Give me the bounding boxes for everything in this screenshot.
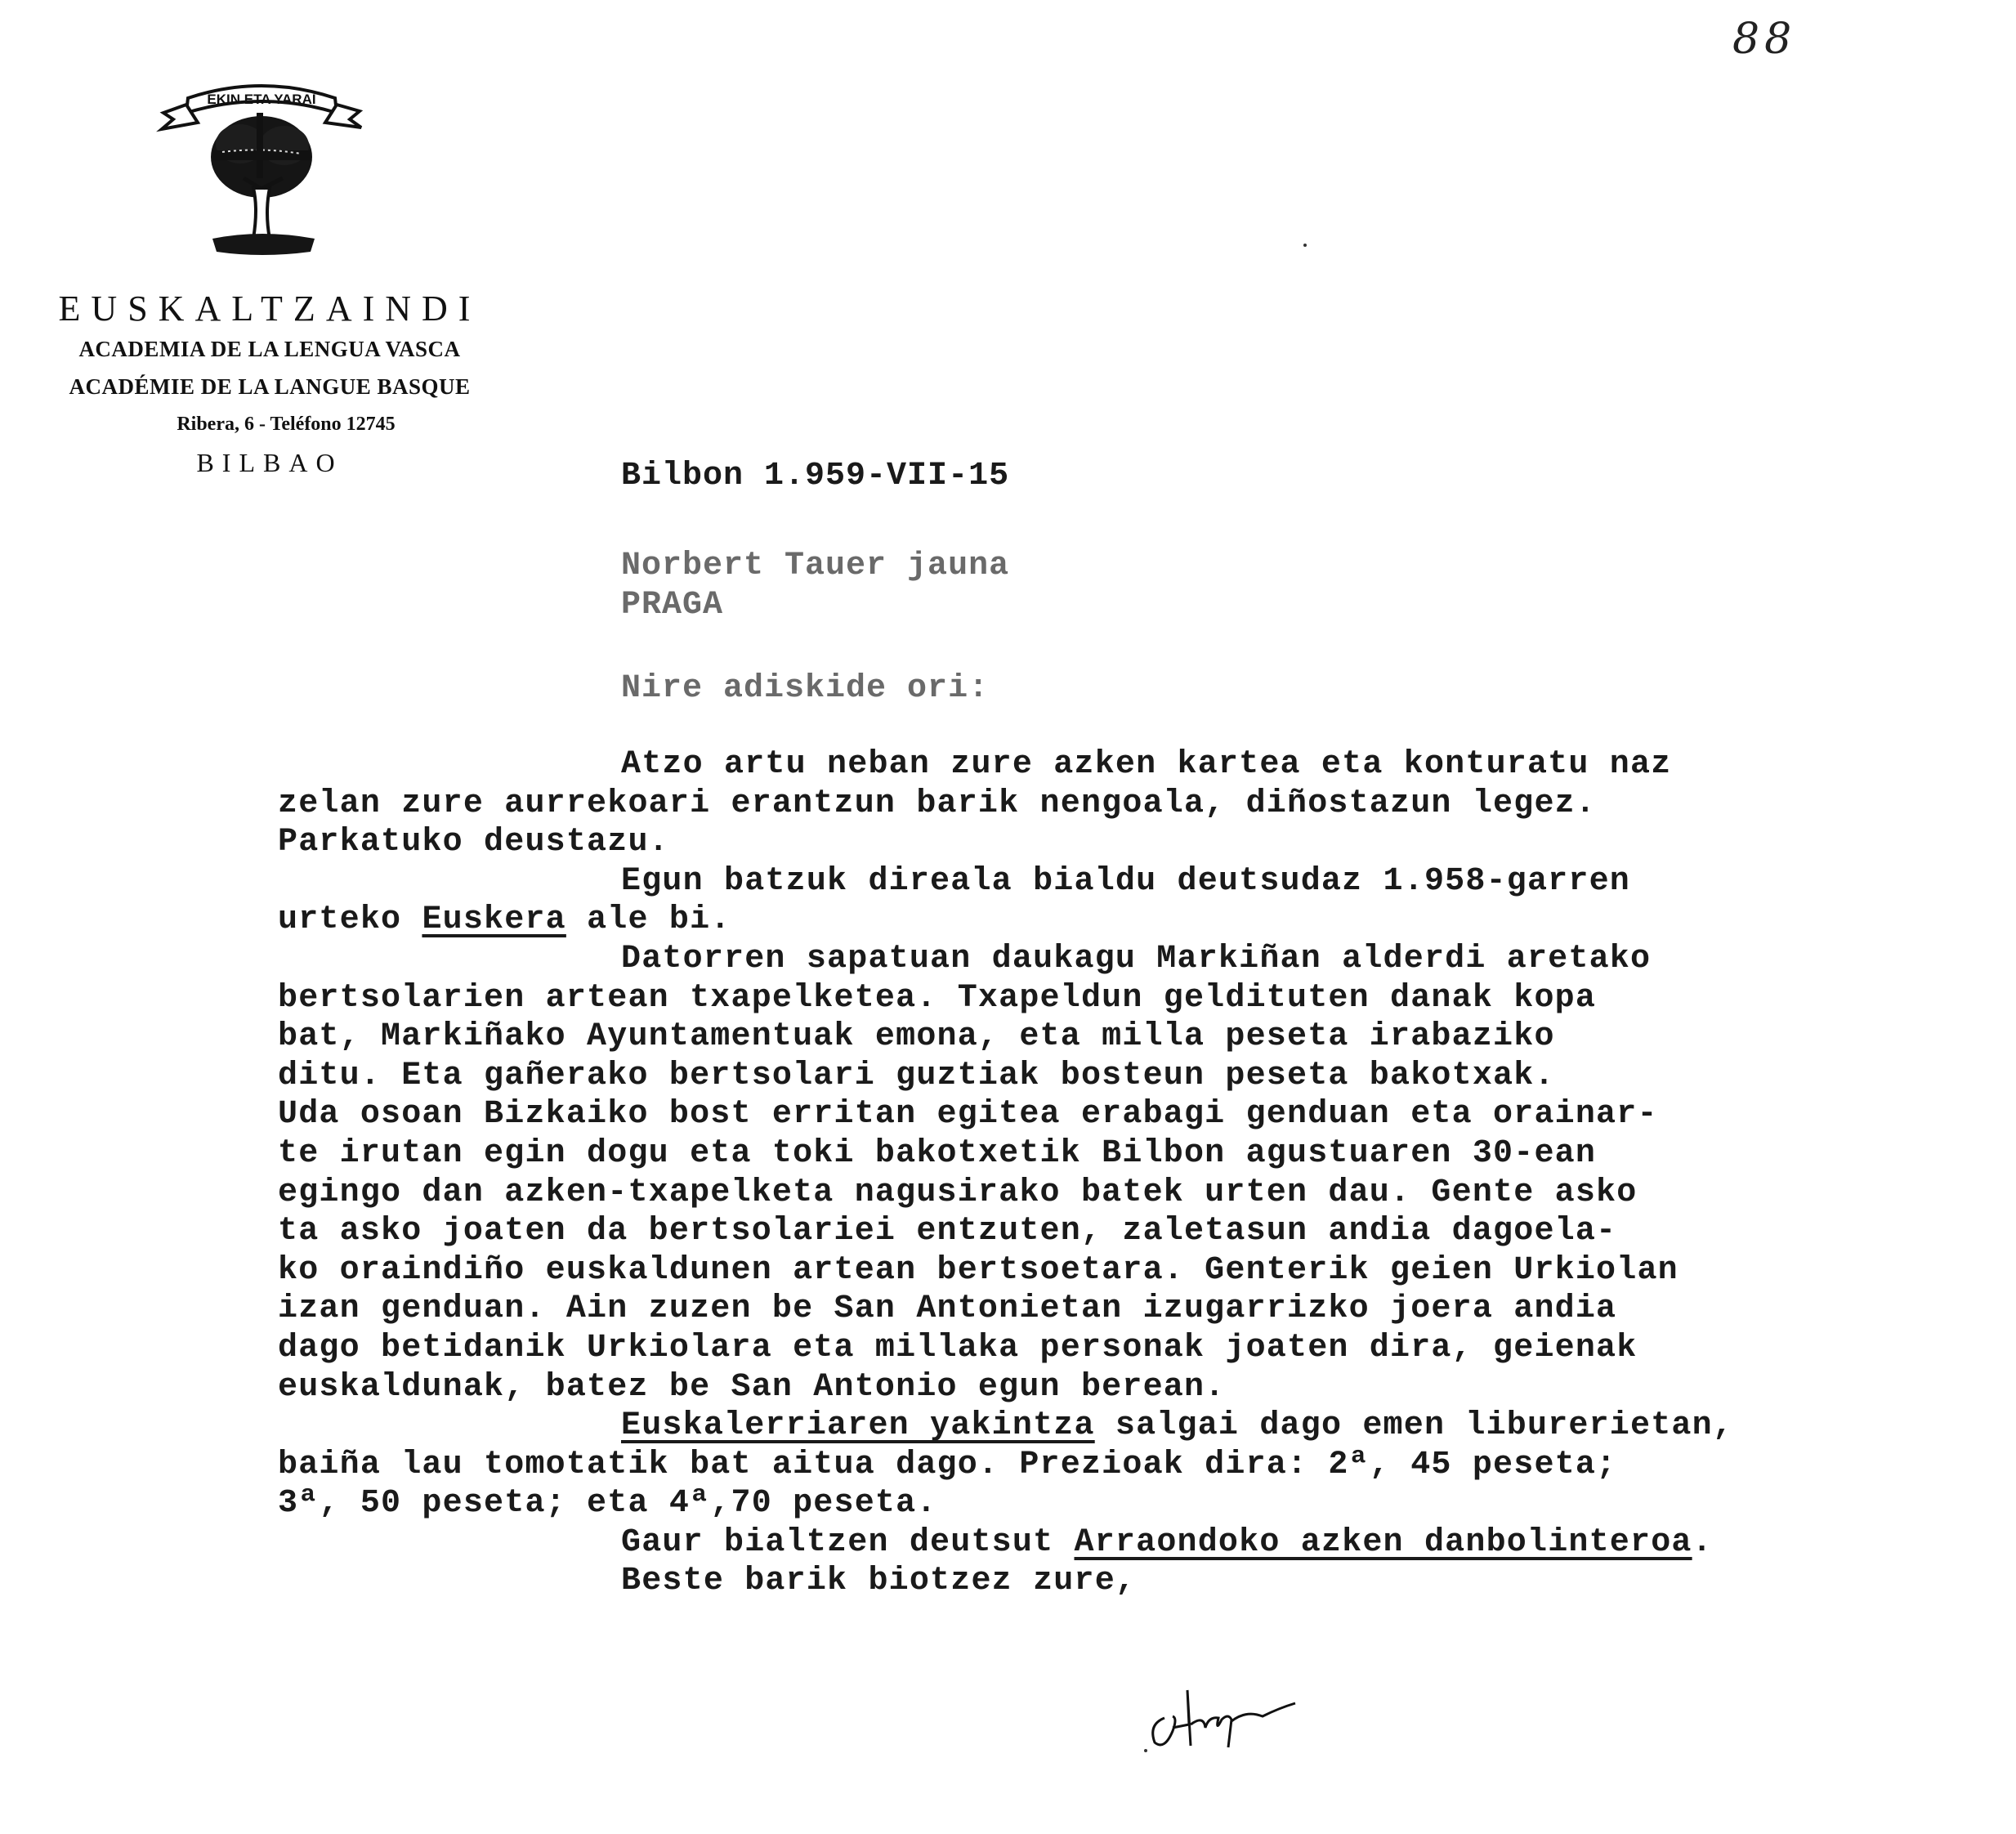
letter-page: 88 EKIN ETA YARAI EUSKALTZAINDI ACADEMIA… xyxy=(0,0,2016,1834)
letter-line: Uda osoan Bizkaiko bost erritan egitea e… xyxy=(278,1095,1994,1134)
letter-line: Egun batzuk direala bialdu deutsudaz 1.9… xyxy=(278,862,1994,901)
letter-line: te irutan egin dogu eta toki bakotxetik … xyxy=(278,1134,1994,1174)
paper-speck xyxy=(1303,244,1307,247)
academy-subtitle-spanish: ACADEMIA DE LA LENGUA VASCA xyxy=(33,337,507,362)
signature-icon xyxy=(1140,1667,1344,1757)
line-text: 3ª, 50 peseta; eta 4ª,70 peseta. xyxy=(278,1485,937,1522)
letter-line: ta asko joaten da bertsolariei entzuten,… xyxy=(278,1212,1994,1251)
line-text: Egun batzuk direala bialdu deutsudaz 1.9… xyxy=(621,863,1630,900)
line-text: urteko xyxy=(278,901,422,938)
line-text: dago betidanik Urkiolara eta millaka per… xyxy=(278,1330,1637,1367)
line-text: Datorren sapatuan daukagu Markiñan alder… xyxy=(621,941,1651,977)
underlined-title: Euskera xyxy=(422,901,565,938)
underlined-title: Arraondoko azken danbolinteroa xyxy=(1075,1524,1692,1561)
recipient-name: Norbert Tauer jauna xyxy=(621,548,1009,584)
line-text: egingo dan azken-txapelketa nagusirako b… xyxy=(278,1174,1637,1211)
letter-line: Datorren sapatuan daukagu Markiñan alder… xyxy=(278,940,1994,979)
letter-line: izan genduan. Ain zuzen be San Antonieta… xyxy=(278,1290,1994,1329)
line-text: baiña lau tomotatik bat aitua dago. Prez… xyxy=(278,1447,1616,1483)
line-text: bertsolarien artean txapelketea. Txapeld… xyxy=(278,980,1596,1017)
line-text: Beste barik biotzez zure, xyxy=(621,1563,1136,1599)
letter-date: Bilbon 1.959-VII-15 xyxy=(621,458,1009,494)
academy-city: BILBAO xyxy=(33,448,507,478)
line-text: bat, Markiñako Ayuntamentuak emona, eta … xyxy=(278,1018,1555,1055)
letter-line: bat, Markiñako Ayuntamentuak emona, eta … xyxy=(278,1018,1994,1057)
letter-line: Gaur bialtzen deutsut Arraondoko azken d… xyxy=(278,1523,1994,1563)
letter-line: euskaldunak, batez be San Antonio egun b… xyxy=(278,1368,1994,1407)
line-text: ta asko joaten da bertsolariei entzuten,… xyxy=(278,1213,1616,1250)
letter-line: bertsolarien artean txapelketea. Txapeld… xyxy=(278,979,1994,1018)
letter-line: ditu. Eta gañerako bertsolari guztiak bo… xyxy=(278,1057,1994,1096)
line-text: izan genduan. Ain zuzen be San Antonieta… xyxy=(278,1291,1616,1327)
academy-address: Ribera, 6 - Teléfono 12745 xyxy=(49,414,523,436)
salutation: Nire adiskide ori: xyxy=(621,670,989,707)
letter-line: Parkatuko deustazu. xyxy=(278,823,1994,862)
letter-body: Atzo artu neban zure azken kartea eta ko… xyxy=(278,745,1994,1601)
line-text: ale bi. xyxy=(566,901,731,938)
paper-speck xyxy=(1144,1749,1147,1752)
oak-tree-logo-icon: EKIN ETA YARAI xyxy=(155,65,368,262)
underlined-title: Euskalerriaren yakintza xyxy=(621,1407,1095,1444)
logo-motto: EKIN ETA YARAI xyxy=(207,92,315,107)
letter-line: 3ª, 50 peseta; eta 4ª,70 peseta. xyxy=(278,1484,1994,1523)
academy-subtitle-french: ACADÉMIE DE LA LANGUE BASQUE xyxy=(33,374,507,400)
letter-line: baiña lau tomotatik bat aitua dago. Prez… xyxy=(278,1446,1994,1485)
line-text: ko oraindiño euskaldunen artean bertsoet… xyxy=(278,1252,1679,1289)
recipient-city: PRAGA xyxy=(621,587,723,624)
line-text: Gaur bialtzen deutsut xyxy=(621,1524,1075,1561)
letter-line: Beste barik biotzez zure, xyxy=(278,1562,1994,1601)
letter-line: egingo dan azken-txapelketa nagusirako b… xyxy=(278,1174,1994,1213)
academy-name: EUSKALTZAINDI xyxy=(33,288,507,329)
letter-line: Atzo artu neban zure azken kartea eta ko… xyxy=(278,745,1994,785)
line-text: . xyxy=(1692,1524,1713,1561)
letter-line: ko oraindiño euskaldunen artean bertsoet… xyxy=(278,1251,1994,1291)
line-text: zelan zure aurrekoari erantzun barik nen… xyxy=(278,785,1596,822)
line-text: te irutan egin dogu eta toki bakotxetik … xyxy=(278,1135,1596,1172)
line-text: Atzo artu neban zure azken kartea eta ko… xyxy=(621,746,1671,783)
letter-line: dago betidanik Urkiolara eta millaka per… xyxy=(278,1329,1994,1368)
line-text: Uda osoan Bizkaiko bost erritan egitea e… xyxy=(278,1096,1658,1133)
line-text: ditu. Eta gañerako bertsolari guztiak bo… xyxy=(278,1058,1555,1094)
letter-line: zelan zure aurrekoari erantzun barik nen… xyxy=(278,785,1994,824)
letter-line: urteko Euskera ale bi. xyxy=(278,901,1994,940)
letter-line: Euskalerriaren yakintza salgai dago emen… xyxy=(278,1407,1994,1446)
line-text: euskaldunak, batez be San Antonio egun b… xyxy=(278,1369,1225,1406)
line-text: Parkatuko deustazu. xyxy=(278,824,669,861)
folio-number: 88 xyxy=(1732,15,1796,64)
line-text: salgai dago emen liburerietan, xyxy=(1095,1407,1733,1444)
